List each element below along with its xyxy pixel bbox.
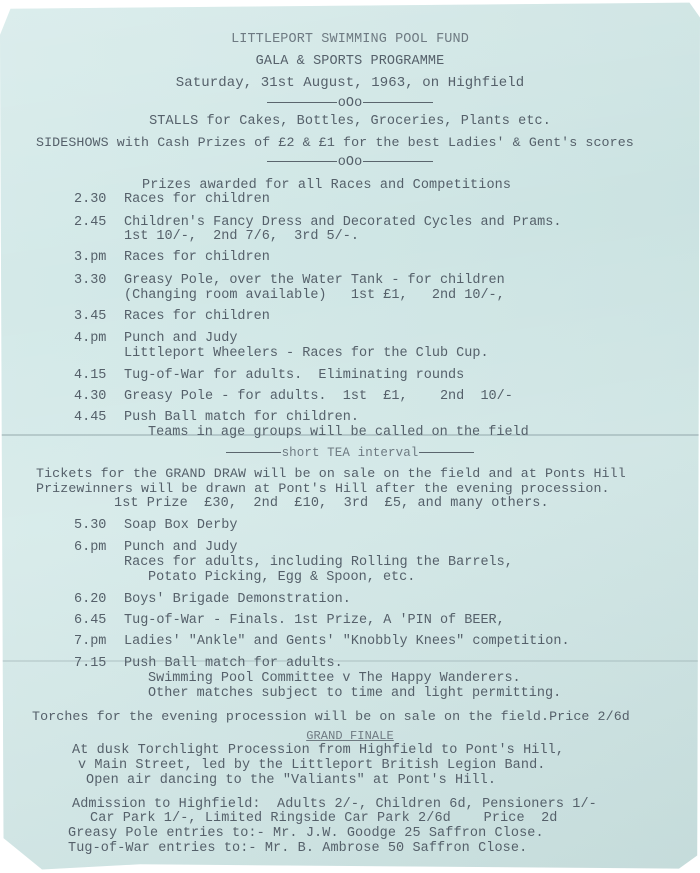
schedule-item: Children's Fancy Dress and Decorated Cyc… — [124, 215, 561, 230]
grand-draw-line: Tickets for the GRAND DRAW will be on sa… — [36, 466, 626, 481]
organisation-title: LITTLEPORT SWIMMING POOL FUND — [0, 32, 700, 47]
schedule-item: Races for children — [124, 192, 270, 207]
schedule-item: Tug-of-War - Finals. 1st Prize, A 'PIN o… — [124, 613, 505, 628]
tea-interval: short TEA interval — [0, 446, 700, 461]
schedule-item: Punch and Judy — [124, 540, 237, 555]
sideshows-line: SIDESHOWS with Cash Prizes of £2 & £1 fo… — [36, 135, 634, 150]
schedule-time: 4.30 — [74, 389, 106, 404]
schedule-time: 4.45 — [74, 410, 106, 425]
schedule-item-detail: Other matches subject to time and light … — [148, 686, 561, 701]
schedule-item: Punch and Judy — [124, 331, 237, 346]
schedule-item: Greasy Pole - for adults. 1st £1, 2nd 10… — [124, 389, 513, 404]
schedule-time: 2.45 — [74, 215, 106, 230]
schedule-item: Ladies' "Ankle" and Gents' "Knobbly Knee… — [124, 634, 570, 649]
schedule-item: Push Ball match for children. — [124, 410, 359, 425]
schedule-item-detail: Potato Picking, Egg & Spoon, etc. — [148, 570, 415, 585]
schedule-item-detail: 1st 10/-, 2nd 7/6, 3rd 5/-. — [124, 229, 359, 244]
grand-finale-line: v Main Street, led by the Littleport Bri… — [78, 758, 545, 773]
grand-finale-line: At dusk Torchlight Procession from Highf… — [72, 743, 564, 758]
schedule-time: 6.45 — [74, 613, 106, 628]
stalls-line: STALLS for Cakes, Bottles, Groceries, Pl… — [0, 114, 700, 129]
schedule-time: 7.15 — [74, 656, 106, 671]
greasy-pole-entries: Greasy Pole entries to:- Mr. J.W. Goodge… — [68, 826, 544, 841]
divider: oOo — [0, 155, 700, 170]
grand-finale-line: Open air dancing to the "Valiants" at Po… — [86, 773, 496, 788]
schedule-time: 7.pm — [74, 634, 106, 649]
schedule-time: 4.15 — [74, 368, 106, 383]
schedule-item-detail: (Changing room available) 1st £1, 2nd 10… — [124, 288, 505, 303]
torches-line: Torches for the evening procession will … — [32, 709, 630, 724]
schedule-item-detail: Swimming Pool Committee v The Happy Wand… — [148, 671, 521, 686]
grand-finale-heading: GRAND FINALE — [0, 729, 700, 744]
schedule-time: 6.20 — [74, 592, 106, 607]
schedule-item: Races for children — [124, 309, 270, 324]
schedule-item: Greasy Pole, over the Water Tank - for c… — [124, 273, 505, 288]
event-date: Saturday, 31st August, 1963, on Highfiel… — [0, 76, 700, 91]
schedule-time: 5.30 — [74, 518, 106, 533]
schedule-item: Soap Box Derby — [124, 518, 237, 533]
programme-sheet: LITTLEPORT SWIMMING POOL FUND GALA & SPO… — [0, 0, 700, 873]
grand-draw-prizes: 1st Prize £30, 2nd £10, 3rd £5, and many… — [114, 496, 549, 511]
schedule-item: Races for children — [124, 250, 270, 265]
schedule-item: Boys' Brigade Demonstration. — [124, 592, 351, 607]
admission-car-park: Car Park 1/-, Limited Ringside Car Park … — [90, 811, 557, 826]
schedule-time: 4.pm — [74, 331, 106, 346]
tug-of-war-entries: Tug-of-War entries to:- Mr. B. Ambrose 5… — [68, 841, 527, 856]
schedule-time: 3.pm — [74, 250, 106, 265]
schedule-time: 2.30 — [74, 192, 106, 207]
programme-title: GALA & SPORTS PROGRAMME — [0, 54, 700, 69]
schedule-time: 3.45 — [74, 309, 106, 324]
divider: oOo — [0, 96, 700, 111]
schedule-item-detail: Teams in age groups will be called on th… — [148, 425, 529, 440]
schedule-item: Push Ball match for adults. — [124, 656, 343, 671]
admission-line: Admission to Highfield: Adults 2/-, Chil… — [72, 797, 597, 812]
schedule-item-detail: Races for adults, including Rolling the … — [124, 555, 513, 570]
prizes-note: Prizes awarded for all Races and Competi… — [142, 178, 511, 193]
schedule-time: 3.30 — [74, 273, 106, 288]
schedule-time: 6.pm — [74, 540, 106, 555]
schedule-item-detail: Littleport Wheelers - Races for the Club… — [124, 346, 489, 361]
schedule-item: Tug-of-War for adults. Eliminating round… — [124, 368, 464, 383]
grand-draw-line: Prizewinners will be drawn at Pont's Hil… — [36, 481, 610, 496]
